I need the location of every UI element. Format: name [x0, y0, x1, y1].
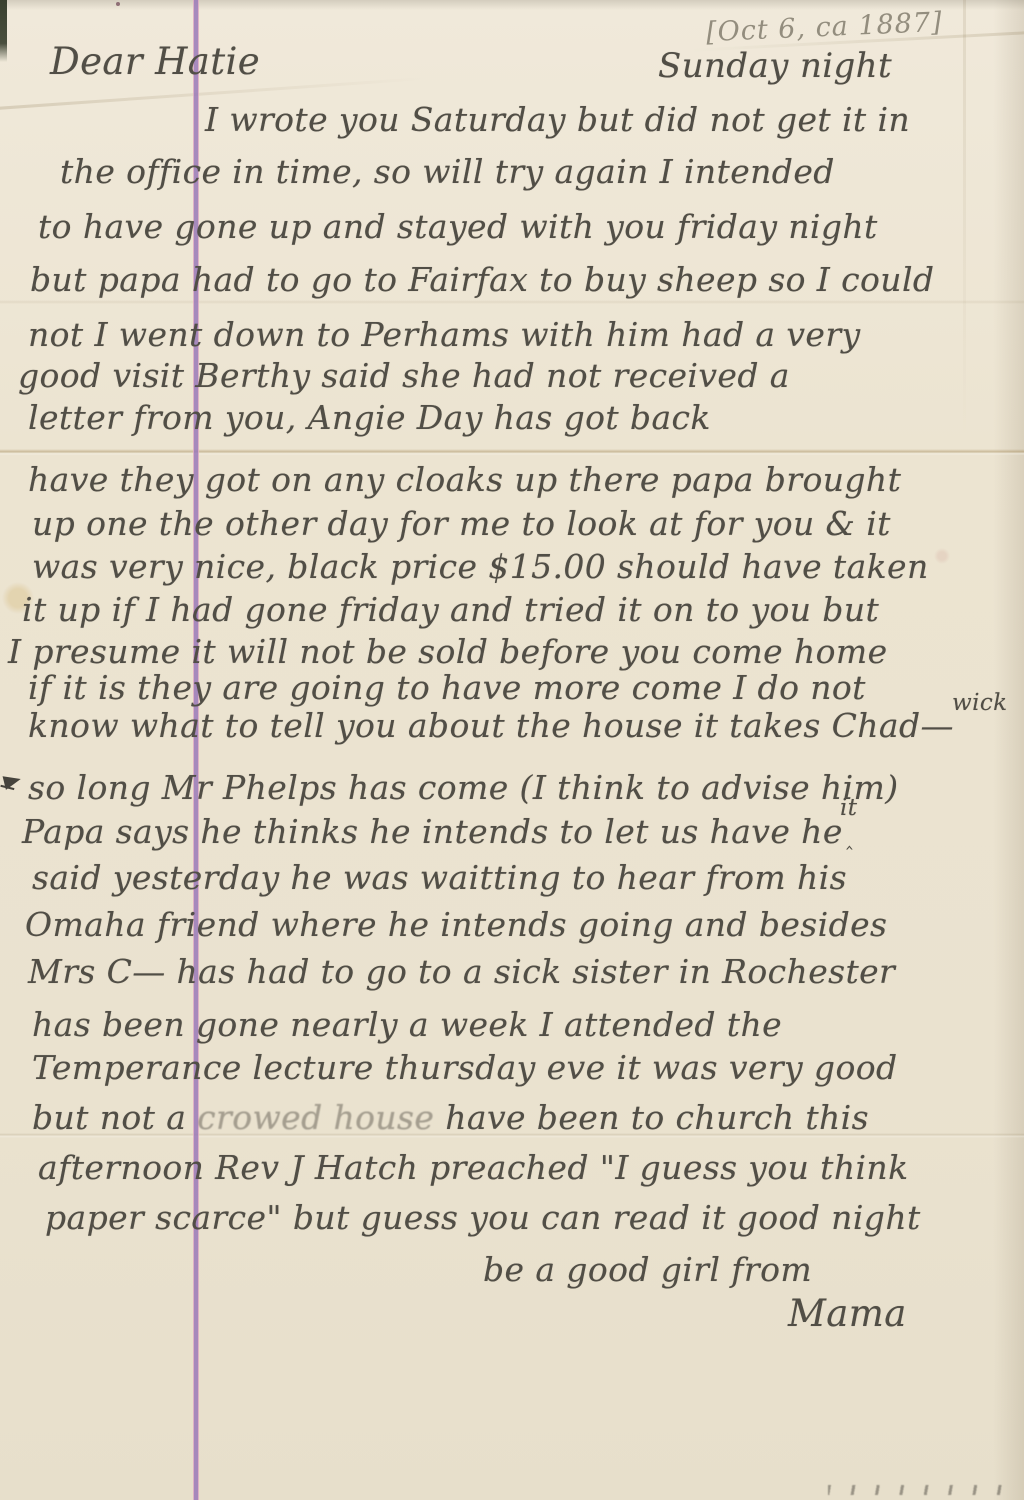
margin-arrow-mark	[3, 772, 23, 790]
signature: Mama	[788, 1292, 907, 1335]
fold-crease-upper	[0, 300, 1024, 304]
letter-line: was very nice, black price $15.00 should…	[32, 547, 929, 586]
letter-line-segment: but not a	[32, 1098, 197, 1137]
letter-line: if it is they are going to have more com…	[28, 668, 866, 707]
letter-line: Temperance lecture thursday eve it was v…	[32, 1048, 898, 1087]
letter-line: I wrote you Saturday but did not get it …	[205, 100, 910, 139]
letter-line: Mrs C— has had to go to a sick sister in…	[28, 952, 895, 991]
letter-line: have they got on any cloaks up there pap…	[28, 460, 901, 499]
letter-line: I presume it will not be sold before you…	[8, 632, 888, 671]
fold-crease-vertical	[963, 0, 966, 440]
letter-line: letter from you, Angie Day has got back	[28, 398, 711, 437]
letter-line: to have gone up and stayed with you frid…	[38, 207, 878, 246]
scan-background-sliver	[0, 0, 7, 62]
ink-dot	[116, 2, 120, 6]
letter-line: said yesterday he was waitting to hear f…	[32, 858, 847, 897]
caret-mark: ‸	[846, 826, 853, 850]
letter-line: but not a crowed house have been to chur…	[32, 1098, 869, 1137]
letter-line: afternoon Rev J Hatch preached "I guess …	[38, 1148, 908, 1187]
letter-line: paper scarce" but guess you can read it …	[45, 1198, 921, 1237]
letter-sheet: [Oct 6, ca 1887] Sunday night Dear Hatie…	[0, 0, 1024, 1500]
letter-line: not I went down to Perhams with him had …	[28, 315, 861, 354]
paper-top-edge-shadow	[0, 0, 1024, 10]
letter-line: Papa says he thinks he intends to let us…	[22, 812, 843, 851]
letter-line-segment: have been to church this	[434, 1098, 869, 1137]
letter-line: so long Mr Phelps has come (I think to a…	[28, 768, 899, 807]
insertion-it: it	[840, 795, 857, 821]
letter-line: has been gone nearly a week I attended t…	[32, 1005, 782, 1044]
archival-date-note: [Oct 6, ca 1887]	[705, 7, 943, 48]
letter-line: good visit Berthy said she had not recei…	[18, 356, 790, 395]
letter-line: the office in time, so will try again I …	[60, 152, 835, 191]
bottom-edge-scribble	[828, 1485, 1018, 1495]
letter-line: Omaha friend where he intends going and …	[25, 905, 887, 944]
letter-line: it up if I had gone friday and tried it …	[22, 590, 879, 629]
fold-crease-middle	[0, 449, 1024, 455]
letter-line: up one the other day for me to look at f…	[32, 504, 891, 543]
salutation: Dear Hatie	[50, 40, 260, 83]
letter-line: know what to tell you about the house it…	[28, 706, 954, 745]
dateline: Sunday night	[658, 46, 892, 86]
closing-line: be a good girl from	[483, 1250, 812, 1289]
letter-line: but papa had to go to Fairfax to buy she…	[30, 260, 934, 299]
insertion-wick: wick	[952, 690, 1007, 716]
letter-line-segment: crowed house	[197, 1098, 434, 1137]
